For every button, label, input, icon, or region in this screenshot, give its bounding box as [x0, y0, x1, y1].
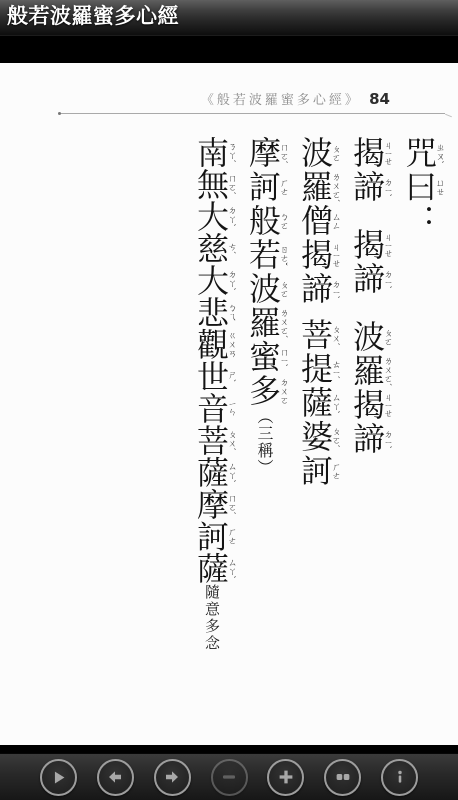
sutra-char: 諦ㄉㄧˋ	[349, 262, 385, 296]
three-times-note: （三稱）	[255, 408, 272, 476]
sutra-char: 多ㄉㄨㄛ	[245, 374, 281, 408]
play-icon	[49, 768, 68, 787]
previous-page-button[interactable]	[97, 759, 134, 796]
sutra-text: 咒ㄓㄡˋ曰ㄩㄝ：揭ㄐㄧㄝ諦ㄉㄧˋ揭ㄐㄧㄝ諦ㄉㄧˋ波ㄆㄛ羅ㄌㄨㄛˊ揭ㄐㄧㄝ諦ㄉㄧˋ…	[145, 136, 445, 736]
sutra-char: 提ㄊㄧˊ	[297, 352, 333, 386]
sutra-char: 無ㄇㄛˊ	[193, 168, 229, 200]
sutra-char: 摩ㄇㄛˊ	[245, 136, 281, 170]
play-button[interactable]	[40, 759, 77, 796]
sutra-char: 大ㄉㄚˋ	[193, 200, 229, 232]
book-title: 《般若波羅蜜多心經》	[201, 92, 361, 107]
sutra-char: 揭ㄐㄧㄝ	[297, 238, 333, 272]
sutra-char: 波ㄆㄛ	[349, 320, 385, 354]
plus-icon	[277, 768, 295, 786]
sutra-column-3: 波ㄆㄛ羅ㄌㄨㄛˊ僧ㄙㄥ揭ㄐㄧㄝ諦ㄉㄧˋ菩ㄆㄨˊ提ㄊㄧˊ薩ㄙㄚˋ婆ㄆㄛˊ訶ㄏㄜ	[289, 136, 341, 736]
sutra-column-2: 揭ㄐㄧㄝ諦ㄉㄧˋ揭ㄐㄧㄝ諦ㄉㄧˋ波ㄆㄛ羅ㄌㄨㄛˊ揭ㄐㄧㄝ諦ㄉㄧˋ	[341, 136, 393, 736]
sutra-char: 諦ㄉㄧˋ	[297, 272, 333, 306]
sutra-char: 菩ㄆㄨˊ	[193, 424, 229, 456]
sutra-char: 諦ㄉㄧˋ	[349, 170, 385, 204]
two-pages-icon	[334, 768, 352, 786]
sutra-char: 般ㄅㄛ	[245, 204, 281, 238]
sutra-char: 菩ㄆㄨˊ	[297, 318, 333, 352]
sutra-char: 慈ㄘˊ	[193, 232, 229, 264]
sutra-page[interactable]: 《般若波羅蜜多心經》 84 咒ㄓㄡˋ曰ㄩㄝ：揭ㄐㄧㄝ諦ㄉㄧˋ揭ㄐㄧㄝ諦ㄉㄧˋ波ㄆ…	[0, 63, 458, 745]
zoom-in-button[interactable]	[267, 759, 304, 796]
sutra-char: 揭ㄐㄧㄝ	[349, 388, 385, 422]
sutra-char: 薩ㄙㄚˋ	[297, 386, 333, 420]
sutra-char: 波ㄆㄛ	[245, 272, 281, 306]
sutra-char: 羅ㄌㄨㄛˊ	[297, 170, 333, 204]
punctuation: ：	[401, 204, 437, 238]
next-page-button[interactable]	[154, 759, 191, 796]
info-icon	[391, 768, 409, 786]
sutra-char: 羅ㄌㄨㄛˊ	[245, 306, 281, 340]
sutra-char: 波ㄆㄛ	[297, 136, 333, 170]
sutra-char: 諦ㄉㄧˋ	[349, 422, 385, 456]
sutra-char: 薩ㄙㄚˋ	[193, 552, 229, 584]
sutra-char: 訶ㄏㄜ	[245, 170, 281, 204]
page-layout-button[interactable]	[324, 759, 361, 796]
recite-at-will-note: 隨意多念	[182, 584, 220, 652]
titlebar: 般若波羅蜜多心經	[0, 0, 458, 36]
page-header: 《般若波羅蜜多心經》 84	[201, 89, 390, 108]
sutra-char: 揭ㄐㄧㄝ	[349, 228, 385, 262]
header-divider	[59, 113, 445, 114]
app-title: 般若波羅蜜多心經	[0, 0, 458, 34]
sutra-char: 蜜ㄇㄧˋ	[245, 340, 281, 374]
sutra-char: 婆ㄆㄛˊ	[297, 420, 333, 454]
sutra-column-4: 摩ㄇㄛˊ訶ㄏㄜ般ㄅㄛ若ㄖㄜˇ波ㄆㄛ羅ㄌㄨㄛˊ蜜ㄇㄧˋ多ㄉㄨㄛ（三稱）	[237, 136, 289, 736]
arrow-left-icon	[106, 768, 124, 786]
sutra-char: 摩ㄇㄛˊ	[193, 488, 229, 520]
sutra-char: 音ㄧㄣ	[193, 392, 229, 424]
sutra-char: 南ㄋㄚˊ	[193, 136, 229, 168]
minus-icon	[220, 768, 238, 786]
sutra-char: 悲ㄅㄟ	[193, 296, 229, 328]
sutra-char: 揭ㄐㄧㄝ	[349, 136, 385, 170]
sutra-char: 曰ㄩㄝ	[401, 170, 437, 204]
sutra-char: 僧ㄙㄥ	[297, 204, 333, 238]
arrow-right-icon	[163, 768, 181, 786]
sutra-char: 訶ㄏㄜ	[297, 454, 333, 488]
sutra-column-5: 南ㄋㄚˊ無ㄇㄛˊ大ㄉㄚˋ慈ㄘˊ大ㄉㄚˋ悲ㄅㄟ觀ㄍㄨㄢ世ㄕˋ音ㄧㄣ菩ㄆㄨˊ薩ㄙㄚˋ…	[182, 136, 237, 736]
sutra-char: 羅ㄌㄨㄛˊ	[349, 354, 385, 388]
toolbar	[0, 753, 458, 800]
sutra-char: 訶ㄏㄜ	[193, 520, 229, 552]
sutra-char: 咒ㄓㄡˋ	[401, 136, 437, 170]
info-button[interactable]	[381, 759, 418, 796]
zoom-out-button[interactable]	[211, 759, 248, 796]
sutra-column-1: 咒ㄓㄡˋ曰ㄩㄝ：	[393, 136, 445, 736]
page-number: 84	[369, 90, 390, 108]
sutra-char: 大ㄉㄚˋ	[193, 264, 229, 296]
sutra-char: 若ㄖㄜˇ	[245, 238, 281, 272]
sutra-char: 觀ㄍㄨㄢ	[193, 328, 229, 360]
sutra-char: 世ㄕˋ	[193, 360, 229, 392]
sutra-char: 薩ㄙㄚˋ	[193, 456, 229, 488]
